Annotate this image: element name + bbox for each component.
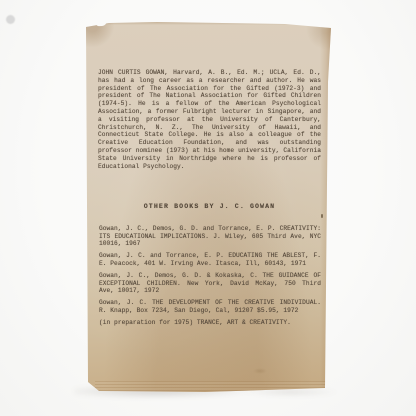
book-list-entry: Gowan, J. C. and Torrance, E. P. EDUCATI… xyxy=(99,252,321,267)
cover-top-edge xyxy=(87,22,329,25)
other-books-heading: OTHER BOOKS BY J. C. GOWAN xyxy=(98,203,321,210)
book-list-entry: Gowan, J. C., Demos, G. D. and Torrance,… xyxy=(99,225,321,248)
page-edges-right xyxy=(320,22,331,392)
cover-smudge xyxy=(253,368,267,374)
book-back-cover: JOHN CURTIS GOWAN, Harvard, A. B., Ed. M… xyxy=(85,22,331,392)
book-list: Gowan, J. C., Demos, G. D. and Torrance,… xyxy=(99,225,321,331)
cover-speck xyxy=(321,214,323,218)
book-list-entry: Gowan, J. C. THE DEVELOPMENT OF THE CREA… xyxy=(99,299,321,314)
author-bio-paragraph: JOHN CURTIS GOWAN, Harvard, A. B., Ed. M… xyxy=(98,69,321,170)
book-list-entry: Gowan, J. C., Demos, G. D. & Kokaska, C.… xyxy=(99,272,321,295)
book-list-entry: (in preparation for 1975) TRANCE, ART & … xyxy=(99,319,321,327)
photo-backdrop: JOHN CURTIS GOWAN, Harvard, A. B., Ed. M… xyxy=(0,0,416,416)
photo-artifact-dot xyxy=(6,15,15,24)
